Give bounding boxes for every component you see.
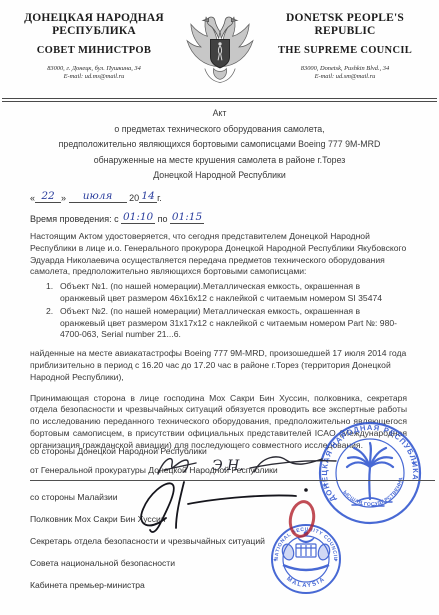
doc-title: Акт bbox=[0, 108, 439, 118]
malaysia-signature bbox=[118, 474, 318, 536]
time-label: Время проведения: с bbox=[30, 214, 119, 224]
doc-subtitle-line: о предметах технического оборудования са… bbox=[0, 124, 439, 134]
signature-ink-dot bbox=[304, 488, 308, 492]
double-headed-eagle-icon bbox=[182, 8, 258, 100]
document-page: ДОНЕЦКАЯ НАРОДНАЯ РЕСПУБЛИКА СОВЕТ МИНИС… bbox=[0, 0, 439, 615]
signature-initials: Э.Н. bbox=[212, 458, 244, 474]
doc-subtitle-line: предположительно являющихся бортовыми са… bbox=[0, 139, 439, 149]
list-item: 1. Объект №1. (по нашей номерации).Метал… bbox=[30, 281, 407, 305]
sign-line-malaysia-side: со стороны Малайзии bbox=[30, 492, 118, 502]
org-name-en-line1: DONETSK PEOPLE'S bbox=[261, 12, 429, 25]
sign-line-malaysia-title2: Совета национальной безопасности bbox=[30, 558, 175, 568]
org-name-ru: ДОНЕЦКАЯ НАРОДНАЯ РЕСПУБЛИКА bbox=[10, 12, 178, 38]
handwritten-time-to: 01:15 bbox=[172, 211, 202, 223]
org-sub-en: THE SUPREME COUNCIL bbox=[261, 45, 429, 56]
handwritten-year: 14 bbox=[141, 190, 154, 202]
list-item-text: Объект №2. (по нашей номерации) Металлич… bbox=[60, 306, 407, 341]
doc-subtitle-line: обнаруженные на месте крушения самолета … bbox=[0, 155, 439, 165]
paragraph-found: найденные на месте авиакатастрофы Boeing… bbox=[30, 348, 407, 383]
org-name-en-line2: REPUBLIC bbox=[261, 25, 429, 38]
year-suffix: г. bbox=[157, 193, 162, 203]
address-line-ru: 83000, г. Донецк, бул. Пушкина, 34 bbox=[10, 65, 178, 73]
handwritten-month: июля bbox=[83, 190, 113, 202]
letterhead: ДОНЕЦКАЯ НАРОДНАЯ РЕСПУБЛИКА СОВЕТ МИНИС… bbox=[0, 0, 439, 96]
org-name-en: DONETSK PEOPLE'S REPUBLIC bbox=[261, 12, 429, 38]
time-mid-label: по bbox=[158, 214, 168, 224]
letterhead-right: DONETSK PEOPLE'S REPUBLIC THE SUPREME CO… bbox=[261, 12, 429, 81]
paragraph-intro: Настоящим Актом удостоверяется, что сего… bbox=[30, 231, 407, 278]
object-list: 1. Объект №1. (по нашей номерации).Метал… bbox=[30, 281, 407, 341]
email-line-ru: E-mail: ud.ms@mail.ru bbox=[10, 73, 178, 81]
handwritten-day: 22 bbox=[41, 190, 54, 202]
handwritten-time-from: 01:10 bbox=[123, 211, 153, 223]
org-address-ru: 83000, г. Донецк, бул. Пушкина, 34 E-mai… bbox=[10, 65, 178, 81]
dnr-coat-of-arms-icon bbox=[181, 8, 259, 100]
email-line-en: E-mail: ud.sm@mail.ru bbox=[261, 73, 429, 81]
stamp-star-left: ✦ bbox=[273, 557, 278, 564]
year-printed: 20 bbox=[129, 193, 139, 203]
list-item-number: 1. bbox=[46, 281, 60, 305]
quote-close: » bbox=[61, 193, 66, 203]
list-item-text: Объект №1. (по нашей номерации).Металлич… bbox=[60, 281, 407, 305]
org-name-ru-line2: РЕСПУБЛИКА bbox=[10, 25, 178, 38]
date-line: «22» июля 2014г. bbox=[30, 190, 439, 203]
list-item-number: 2. bbox=[46, 306, 60, 341]
sign-line-malaysia-title3: Кабинета премьер-министра bbox=[30, 580, 145, 590]
org-sub-ru: СОВЕТ МИНИСТРОВ bbox=[10, 45, 178, 56]
palm-tree-icon bbox=[347, 443, 393, 506]
address-line-en: 83000, Donetsk, Pushkin Blvd., 34 bbox=[261, 65, 429, 73]
letterhead-left: ДОНЕЦКАЯ НАРОДНАЯ РЕСПУБЛИКА СОВЕТ МИНИС… bbox=[10, 12, 178, 81]
org-address-en: 83000, Donetsk, Pushkin Blvd., 34 E-mail… bbox=[261, 65, 429, 81]
list-item: 2. Объект №2. (по нашей номерации) Метал… bbox=[30, 306, 407, 341]
stamp-star-right: ✦ bbox=[334, 557, 339, 564]
sign-line-malaysia-title1: Секретарь отдела безопасности и чрезвыча… bbox=[30, 536, 265, 546]
doc-subtitle-line: Донецкой Народной Республики bbox=[0, 170, 439, 180]
time-line: Время проведения: с 01:10 по 01:15 bbox=[30, 211, 439, 224]
org-name-ru-line1: ДОНЕЦКАЯ НАРОДНАЯ bbox=[10, 12, 178, 25]
